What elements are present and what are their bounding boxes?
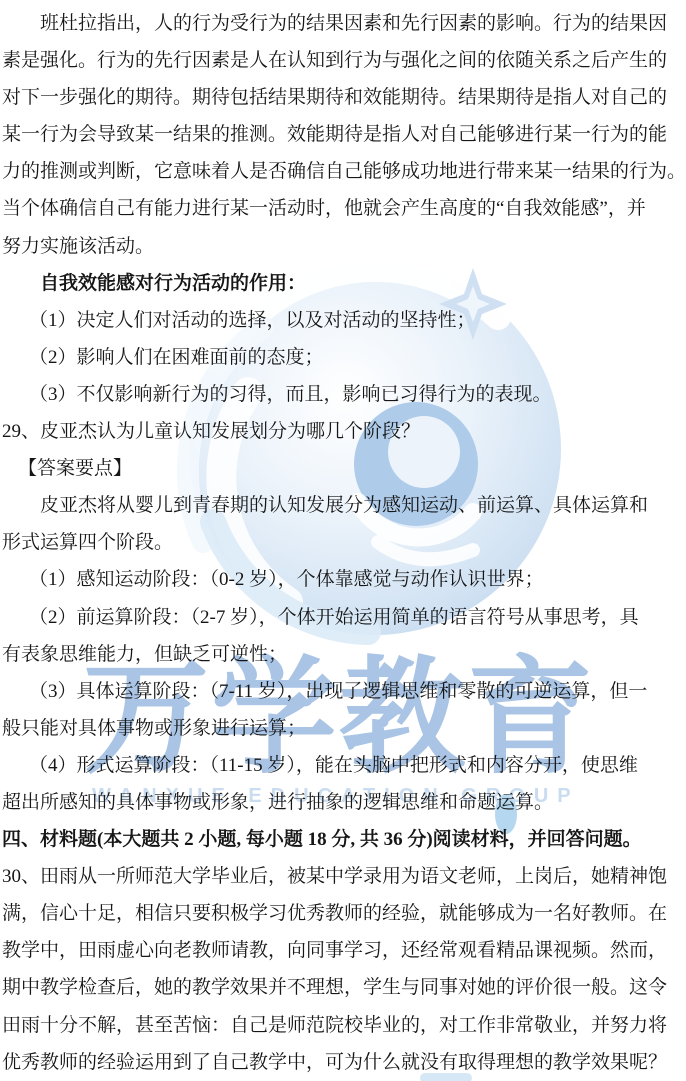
text-line: （2）影响人们在困难面前的态度； bbox=[0, 339, 686, 376]
document-page: 万学教育 WANXUE EDUCATION GROUP 班杜拉指出，人的行为受行… bbox=[0, 0, 686, 1081]
text-line: 皮亚杰将从婴儿到青春期的认知发展分为感知运动、前运算、具体运算和 bbox=[0, 487, 686, 524]
text-line: 满，信心十足，相信只要积极学习优秀教师的经验，就能够成为一名好教师。在 bbox=[0, 895, 686, 932]
text-line: （1）感知运动阶段：（0-2 岁），个体靠感觉与动作认识世界； bbox=[0, 561, 686, 598]
text-line: 般只能对具体事物或形象进行运算； bbox=[0, 710, 686, 747]
text-line: （3）具体运算阶段：（7-11 岁），出现了逻辑思维和零散的可逆运算，但一 bbox=[0, 673, 686, 710]
text-line: 教学中，田雨虚心向老教师请教，向同事学习，还经常观看精品课视频。然而， bbox=[0, 932, 686, 969]
text-line: 形式运算四个阶段。 bbox=[0, 524, 686, 561]
text-line: （3）不仅影响新行为的习得，而且，影响已习得行为的表现。 bbox=[0, 376, 686, 413]
text-line: 当个体确信自己有能力进行某一活动时，他就会产生高度的“自我效能感”，并 bbox=[0, 190, 686, 227]
text-line: 对下一步强化的期待。期待包括结果期待和效能期待。结果期待是指人对自己的 bbox=[0, 79, 686, 116]
text-line: 班杜拉指出，人的行为受行为的结果因素和先行因素的影响。行为的结果因 bbox=[0, 5, 686, 42]
text-line: 有表象思维能力，但缺乏可逆性； bbox=[0, 636, 686, 673]
text-line: （1）决定人们对活动的选择，以及对活动的坚持性； bbox=[0, 302, 686, 339]
text-line: （2）前运算阶段：（2-7 岁），个体开始运用简单的语言符号从事思考，具 bbox=[0, 599, 686, 636]
text-line: 努力实施该活动。 bbox=[0, 228, 686, 265]
text-line: 优秀教师的经验运用到了自己教学中，可为什么就没有取得理想的教学效果呢？ bbox=[0, 1044, 686, 1081]
text-line: 【答案要点】 bbox=[0, 450, 686, 487]
text-line: 田雨十分不解，甚至苦恼：自己是师范院校毕业的，对工作非常敬业，并努力将 bbox=[0, 1007, 686, 1044]
text-line: 30、田雨从一所师范大学毕业后，被某中学录用为语文老师，上岗后，她精神饱 bbox=[0, 858, 686, 895]
text-line: 期中教学检查后，她的教学效果并不理想，学生与同事对她的评价很一般。这令 bbox=[0, 969, 686, 1006]
text-line: 某一行为会导致某一结果的推测。效能期待是指人对自己能够进行某一行为的能 bbox=[0, 116, 686, 153]
text-line: 自我效能感对行为活动的作用： bbox=[0, 265, 686, 302]
text-line: 素是强化。行为的先行因素是人在认知到行为与强化之间的依随关系之后产生的 bbox=[0, 42, 686, 79]
document-body: 班杜拉指出，人的行为受行为的结果因素和先行因素的影响。行为的结果因素是强化。行为… bbox=[0, 0, 686, 1081]
text-line: 29、皮亚杰认为儿童认知发展划分为哪几个阶段？ bbox=[0, 413, 686, 450]
text-line: 超出所感知的具体事物或形象，进行抽象的逻辑思维和命题运算。 bbox=[0, 784, 686, 821]
text-line: （4）形式运算阶段：（11-15 岁），能在头脑中把形式和内容分开，使思维 bbox=[0, 747, 686, 784]
text-line: 力的推测或判断，它意味着人是否确信自己能够成功地进行带来某一结果的行为。 bbox=[0, 153, 686, 190]
text-line: 四、材料题(本大题共 2 小题, 每小题 18 分, 共 36 分)阅读材料，并… bbox=[0, 821, 686, 858]
